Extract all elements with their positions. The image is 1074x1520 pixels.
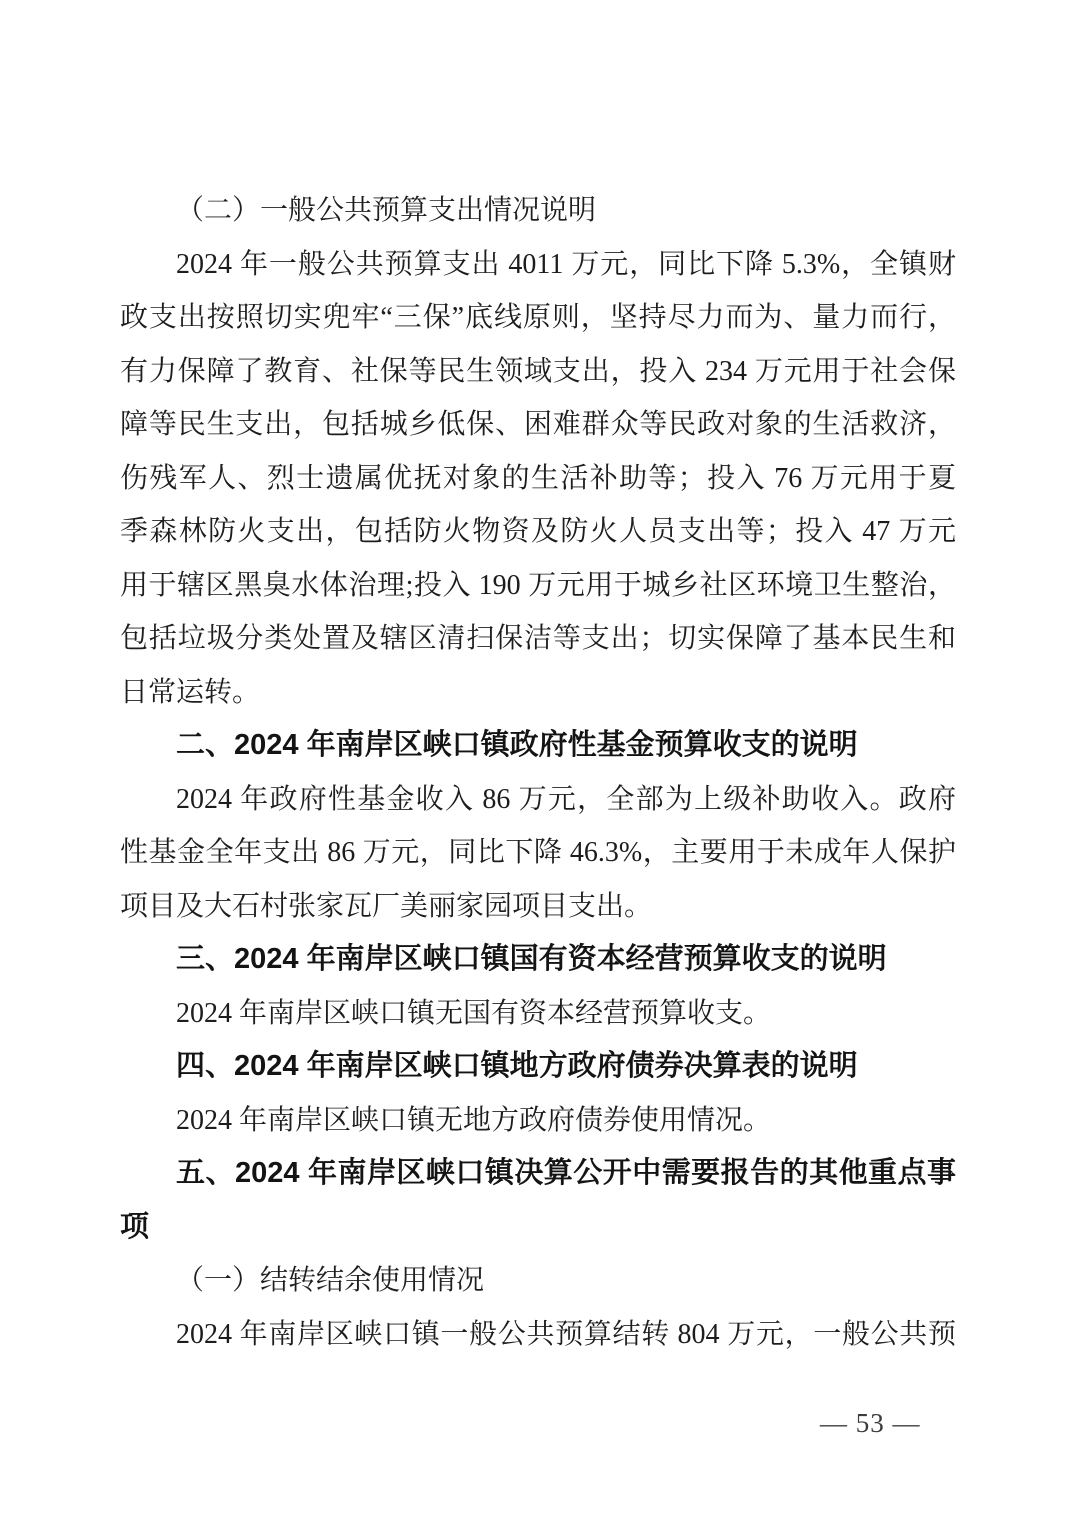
- heading-section-5-continuation: 项: [120, 1201, 956, 1255]
- heading-section-4-local-government-bonds: 四、2024 年南岸区峡口镇地方政府债券决算表的说明: [120, 1040, 956, 1094]
- paragraph-line: 2024 年南岸区峡口镇无国有资本经营预算收支。: [120, 987, 956, 1041]
- heading-section-3-state-capital: 三、2024 年南岸区峡口镇国有资本经营预算收支的说明: [120, 933, 956, 987]
- paragraph-line: 项目及大石村张家瓦厂美丽家园项目支出。: [120, 880, 956, 934]
- document-page: （二）一般公共预算支出情况说明 2024 年一般公共预算支出 4011 万元，同…: [0, 0, 1074, 1520]
- paragraph-line: 2024 年南岸区峡口镇一般公共预算结转 804 万元，一般公共预: [120, 1308, 956, 1362]
- heading-section-2-government-funds: 二、2024 年南岸区峡口镇政府性基金预算收支的说明: [120, 719, 956, 773]
- subheading-general-public-budget-expenditure: （二）一般公共预算支出情况说明: [120, 184, 956, 238]
- page-number: — 53 —: [820, 1408, 921, 1439]
- paragraph-line: 季森林防火支出，包括防火物资及防火人员支出等；投入 47 万元: [120, 505, 956, 559]
- paragraph-line: 伤残军人、烈士遗属优抚对象的生活补助等；投入 76 万元用于夏: [120, 452, 956, 506]
- paragraph-line: 政支出按照切实兜牢“三保”底线原则，坚持尽力而为、量力而行，: [120, 291, 956, 345]
- subheading-carryover-balance-usage: （一）结转结余使用情况: [120, 1254, 956, 1308]
- paragraph-line: 日常运转。: [120, 666, 956, 720]
- paragraph-line: 包括垃圾分类处置及辖区清扫保洁等支出；切实保障了基本民生和: [120, 612, 956, 666]
- document-text-block: （二）一般公共预算支出情况说明 2024 年一般公共预算支出 4011 万元，同…: [120, 184, 956, 1361]
- heading-section-5-other-key-matters: 五、2024 年南岸区峡口镇决算公开中需要报告的其他重点事: [120, 1147, 956, 1201]
- paragraph-line: 用于辖区黑臭水体治理;投入 190 万元用于城乡社区环境卫生整治，: [120, 559, 956, 613]
- paragraph-line: 有力保障了教育、社保等民生领域支出，投入 234 万元用于社会保: [120, 345, 956, 399]
- paragraph-line: 障等民生支出，包括城乡低保、困难群众等民政对象的生活救济，: [120, 398, 956, 452]
- paragraph-line: 2024 年一般公共预算支出 4011 万元，同比下降 5.3%，全镇财: [120, 238, 956, 292]
- paragraph-line: 性基金全年支出 86 万元，同比下降 46.3%，主要用于未成年人保护: [120, 826, 956, 880]
- paragraph-line: 2024 年政府性基金收入 86 万元，全部为上级补助收入。政府: [120, 773, 956, 827]
- paragraph-line: 2024 年南岸区峡口镇无地方政府债券使用情况。: [120, 1094, 956, 1148]
